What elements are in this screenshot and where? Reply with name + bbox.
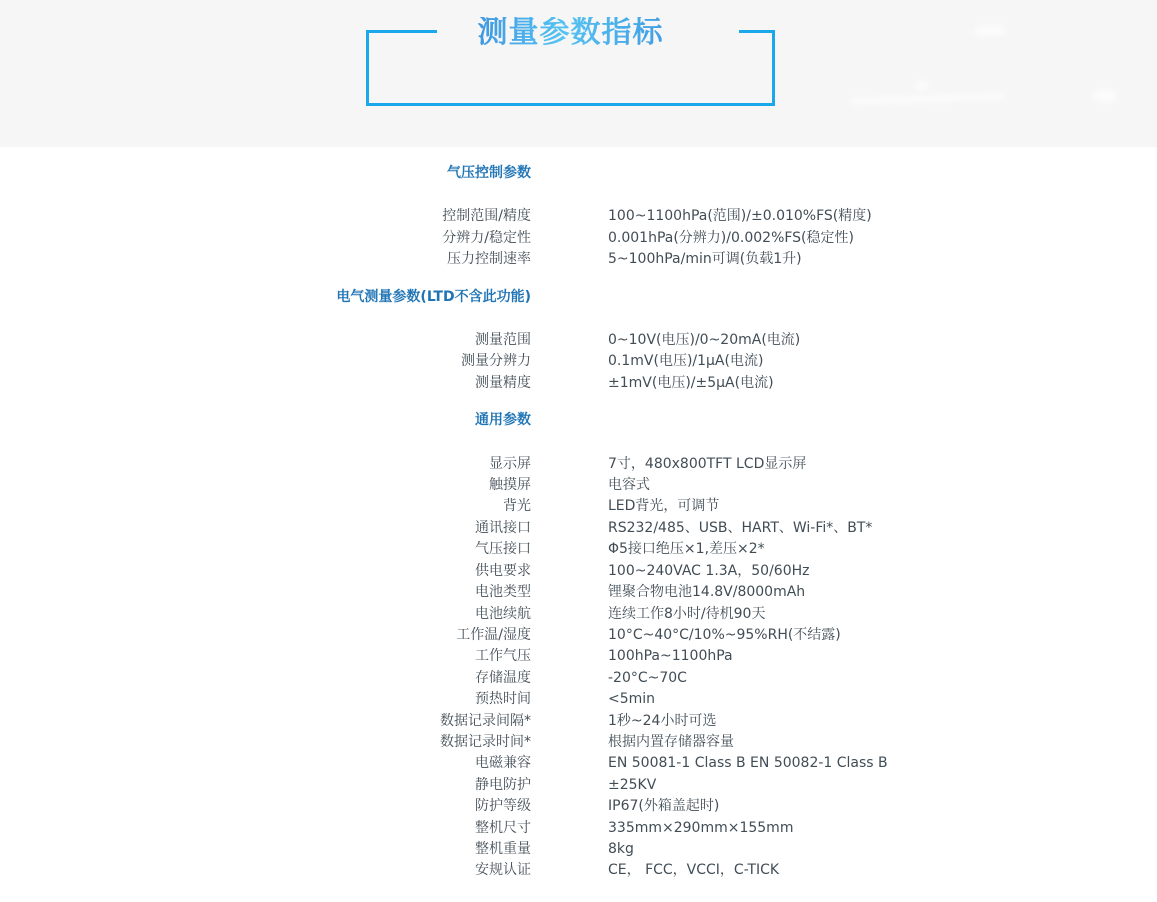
spec-row: 安规认证CE， FCC，VCCI，C-TICK [0,860,1157,881]
spec-row: 背光LED背光，可调节 [0,496,1157,517]
spec-label: 背光 [0,496,531,517]
spec-value: 100hPa~1100hPa [531,646,733,667]
spec-label: 工作气压 [0,646,531,667]
spec-row: 电池续航连续工作8小时/待机90天 [0,604,1157,625]
page-title: 测量参数指标 [369,17,772,49]
spec-row: 测量分辨力0.1mV(电压)/1μA(电流) [0,351,1157,372]
spec-row: 通讯接口RS232/485、USB、HART、Wi-Fi*、BT* [0,518,1157,539]
spec-label: 显示屏 [0,454,531,475]
spec-value: 0.001hPa(分辨力)/0.002%FS(稳定性) [531,228,854,249]
spec-label: 气压接口 [0,539,531,560]
section-header-label: 电气测量参数(LTD不含此功能) [0,287,531,308]
spec-row: 工作温/湿度10°C~40°C/10%~95%RH(不结露) [0,625,1157,646]
spec-row: 数据记录时间*根据内置存储器容量 [0,732,1157,753]
spec-value: 0.1mV(电压)/1μA(电流) [531,351,763,372]
spec-label: 安规认证 [0,860,531,881]
spec-label: 数据记录间隔* [0,711,531,732]
title-box: 测量参数指标 [366,30,775,106]
section-header-label: 气压控制参数 [0,163,531,184]
spec-value: Φ5接口绝压×1,差压×2* [531,539,765,560]
spec-row: 电池类型锂聚合物电池14.8V/8000mAh [0,582,1157,603]
spec-value: 7寸，480x800TFT LCD显示屏 [531,454,806,475]
section-header: 通用参数 [0,410,1157,431]
spec-value: 0~10V(电压)/0~20mA(电流) [531,330,800,351]
section-header-spacer [531,163,608,184]
spec-row: 测量范围0~10V(电压)/0~20mA(电流) [0,330,1157,351]
spec-row: 预热时间<5min [0,689,1157,710]
watermark-shape [850,93,1005,104]
spec-value: 100~1100hPa(范围)/±0.010%FS(精度) [531,206,872,227]
section-header: 气压控制参数 [0,163,1157,184]
spec-value: CE， FCC，VCCI，C-TICK [531,860,779,881]
spec-table: 气压控制参数控制范围/精度100~1100hPa(范围)/±0.010%FS(精… [0,147,1157,882]
spec-label: 测量范围 [0,330,531,351]
header-band: 测量参数指标 [0,0,1157,147]
spec-label: 通讯接口 [0,518,531,539]
spec-value: 电容式 [531,475,650,496]
spec-row: 数据记录间隔*1秒~24小时可选 [0,711,1157,732]
spec-value: -20°C~70C [531,668,687,689]
section-header-spacer [531,410,608,431]
spec-value: 335mm×290mm×155mm [531,818,793,839]
spec-label: 压力控制速率 [0,249,531,270]
spec-row: 控制范围/精度100~1100hPa(范围)/±0.010%FS(精度) [0,206,1157,227]
spec-label: 电池续航 [0,604,531,625]
spec-label: 工作温/湿度 [0,625,531,646]
spec-value: RS232/485、USB、HART、Wi-Fi*、BT* [531,518,872,539]
spec-value: LED背光，可调节 [531,496,719,517]
spec-value: 10°C~40°C/10%~95%RH(不结露) [531,625,841,646]
spec-value: ±1mV(电压)/±5μA(电流) [531,373,774,394]
spec-value: 锂聚合物电池14.8V/8000mAh [531,582,805,603]
spec-label: 控制范围/精度 [0,206,531,227]
spec-value: 100~240VAC 1.3A，50/60Hz [531,561,809,582]
spec-label: 电磁兼容 [0,753,531,774]
spec-label: 存储温度 [0,668,531,689]
spec-row: 电磁兼容EN 50081-1 Class B EN 50082-1 Class … [0,753,1157,774]
spec-label: 触摸屏 [0,475,531,496]
spec-row: 压力控制速率5~100hPa/min可调(负载1升) [0,249,1157,270]
spec-label: 整机重量 [0,839,531,860]
spec-row: 防护等级IP67(外箱盖起时) [0,796,1157,817]
watermark-shape [975,26,1005,36]
spec-label: 电池类型 [0,582,531,603]
spec-row: 测量精度±1mV(电压)/±5μA(电流) [0,373,1157,394]
spec-row: 分辨力/稳定性0.001hPa(分辨力)/0.002%FS(稳定性) [0,228,1157,249]
spec-row: 显示屏7寸，480x800TFT LCD显示屏 [0,454,1157,475]
spec-value: <5min [531,689,655,710]
spec-label: 分辨力/稳定性 [0,228,531,249]
watermark-shape [1094,90,1116,102]
spec-value: 8kg [531,839,634,860]
spec-value: 连续工作8小时/待机90天 [531,604,765,625]
spec-label: 测量精度 [0,373,531,394]
spec-row: 气压接口Φ5接口绝压×1,差压×2* [0,539,1157,560]
spec-row: 静电防护±25KV [0,775,1157,796]
spec-row: 供电要求100~240VAC 1.3A，50/60Hz [0,561,1157,582]
spec-label: 预热时间 [0,689,531,710]
spec-label: 供电要求 [0,561,531,582]
spec-label: 防护等级 [0,796,531,817]
spec-label: 测量分辨力 [0,351,531,372]
watermark-shape [915,81,929,90]
spec-value: ±25KV [531,775,656,796]
spec-value: 1秒~24小时可选 [531,711,716,732]
spec-row: 触摸屏电容式 [0,475,1157,496]
spec-value: IP67(外箱盖起时) [531,796,719,817]
spec-value: EN 50081-1 Class B EN 50082-1 Class B [531,753,888,774]
spec-label: 静电防护 [0,775,531,796]
spec-value: 根据内置存储器容量 [531,732,734,753]
spec-row: 整机尺寸335mm×290mm×155mm [0,818,1157,839]
section-header-label: 通用参数 [0,410,531,431]
spec-label: 数据记录时间* [0,732,531,753]
section-header-spacer [531,287,608,308]
spec-label: 整机尺寸 [0,818,531,839]
spec-row: 存储温度-20°C~70C [0,668,1157,689]
spec-row: 工作气压100hPa~1100hPa [0,646,1157,667]
section-header: 电气测量参数(LTD不含此功能) [0,287,1157,308]
spec-value: 5~100hPa/min可调(负载1升) [531,249,802,270]
spec-row: 整机重量8kg [0,839,1157,860]
